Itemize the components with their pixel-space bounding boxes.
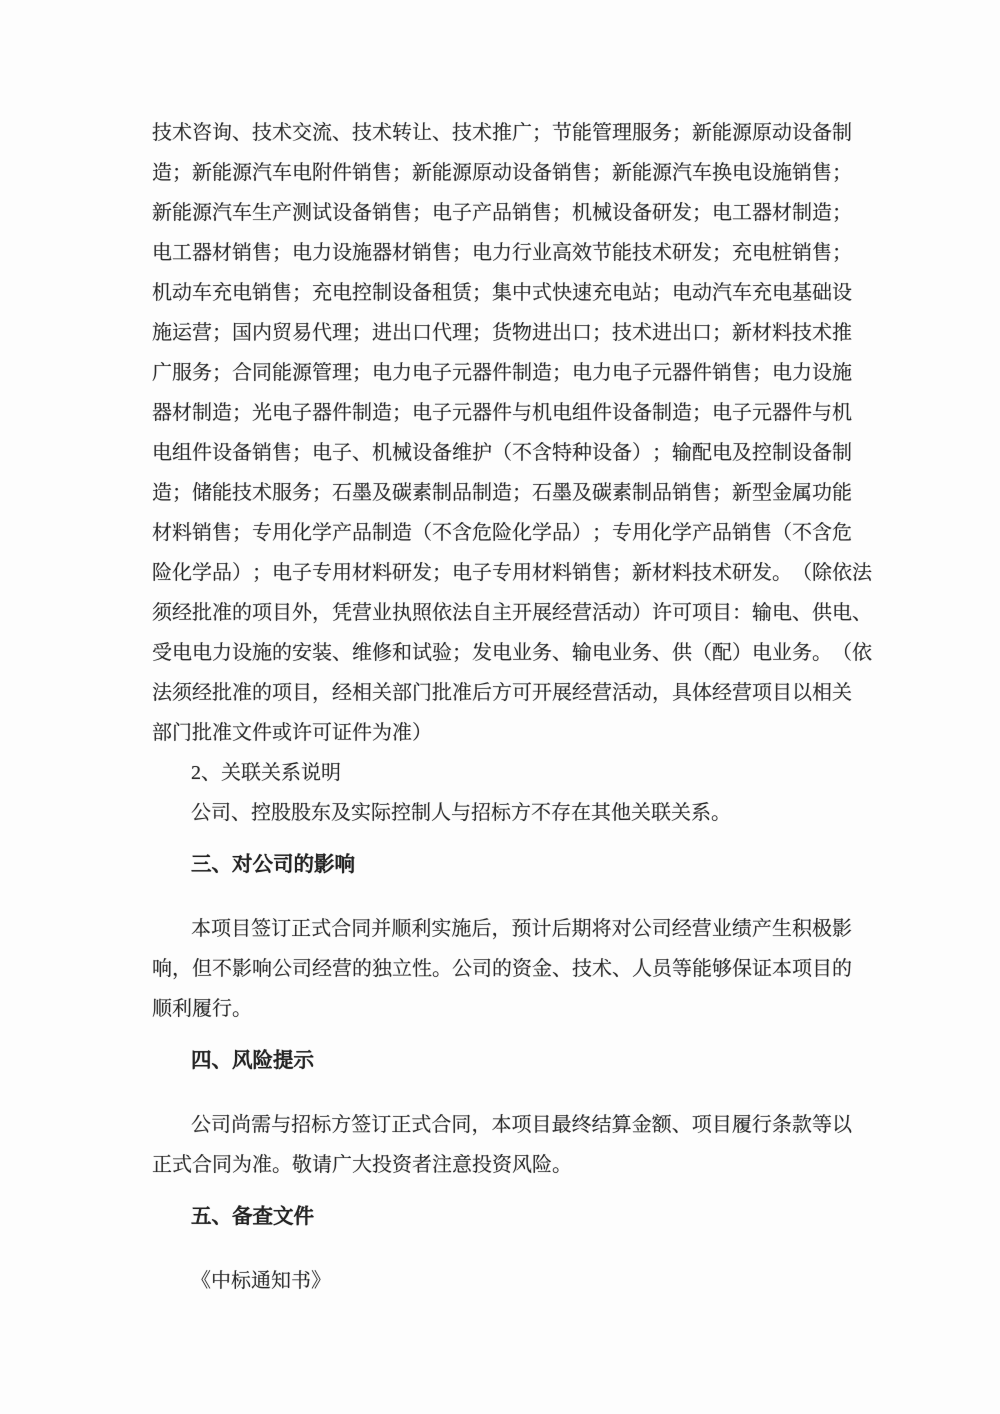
text-line: 险化学品）；电子专用材料研发；电子专用材料销售；新材料技术研发。（除依法	[152, 553, 852, 593]
text-line: 部门批准文件或许可证件为准）	[152, 713, 852, 753]
text-line: 机动车充电销售；充电控制设备租赁；集中式快速充电站；电动汽车充电基础设	[152, 273, 852, 313]
section-4-paragraph: 公司尚需与招标方签订正式合同，本项目最终结算金额、项目履行条款等以正式合同为准。…	[152, 1105, 852, 1185]
text-line: 《中标通知书》	[152, 1261, 852, 1301]
text-line: 本项目签订正式合同并顺利实施后，预计后期将对公司经营业绩产生积极影	[152, 909, 852, 949]
text-line: 正式合同为准。敬请广大投资者注意投资风险。	[152, 1145, 852, 1185]
text-line: 施运营；国内贸易代理；进出口代理；货物进出口；技术进出口；新材料技术推	[152, 313, 852, 353]
business-scope-continuation-paragraph: 技术咨询、技术交流、技术转让、技术推广；节能管理服务；新能源原动设备制造；新能源…	[152, 113, 852, 753]
text-line: 器材制造；光电子器件制造；电子元器件与机电组件设备制造；电子元器件与机	[152, 393, 852, 433]
text-line: 响，但不影响公司经营的独立性。公司的资金、技术、人员等能够保证本项目的	[152, 949, 852, 989]
text-line: 法须经批准的项目，经相关部门批准后方可开展经营活动，具体经营项目以相关	[152, 673, 852, 713]
section-5-document-reference: 《中标通知书》	[152, 1261, 852, 1301]
text-column: 技术咨询、技术交流、技术转让、技术推广；节能管理服务；新能源原动设备制造；新能源…	[152, 113, 852, 1301]
text-line: 须经批准的项目外，凭营业执照依法自主开展经营活动）许可项目：输电、供电、	[152, 593, 852, 633]
text-line: 技术咨询、技术交流、技术转让、技术推广；节能管理服务；新能源原动设备制	[152, 113, 852, 153]
text-line: 电工器材销售；电力设施器材销售；电力行业高效节能技术研发；充电桩销售；	[152, 233, 852, 273]
text-line: 顺利履行。	[152, 989, 852, 1029]
section-4-heading: 四、风险提示	[152, 1041, 852, 1081]
text-line: 材料销售；专用化学产品制造（不含危险化学品）；专用化学产品销售（不含危	[152, 513, 852, 553]
text-line: 造；新能源汽车电附件销售；新能源原动设备销售；新能源汽车换电设施销售；	[152, 153, 852, 193]
related-relationship-subsection-title: 2、关联关系说明	[152, 753, 852, 793]
document-page: 技术咨询、技术交流、技术转让、技术推广；节能管理服务；新能源原动设备制造；新能源…	[0, 0, 1000, 1414]
related-relationship-subsection-body: 公司、控股股东及实际控制人与招标方不存在其他关联关系。	[152, 793, 852, 833]
text-line: 公司尚需与招标方签订正式合同，本项目最终结算金额、项目履行条款等以	[152, 1105, 852, 1145]
text-line: 广服务；合同能源管理；电力电子元器件制造；电力电子元器件销售；电力设施	[152, 353, 852, 393]
section-5-heading: 五、备查文件	[152, 1197, 852, 1237]
text-line: 受电电力设施的安装、维修和试验；发电业务、输电业务、供（配）电业务。（依	[152, 633, 852, 673]
section-3-heading: 三、对公司的影响	[152, 845, 852, 885]
text-line: 造；储能技术服务；石墨及碳素制品制造；石墨及碳素制品销售；新型金属功能	[152, 473, 852, 513]
text-line: 新能源汽车生产测试设备销售；电子产品销售；机械设备研发；电工器材制造；	[152, 193, 852, 233]
section-3-paragraph: 本项目签订正式合同并顺利实施后，预计后期将对公司经营业绩产生积极影响，但不影响公…	[152, 909, 852, 1029]
text-line: 电组件设备销售；电子、机械设备维护（不含特种设备）；输配电及控制设备制	[152, 433, 852, 473]
